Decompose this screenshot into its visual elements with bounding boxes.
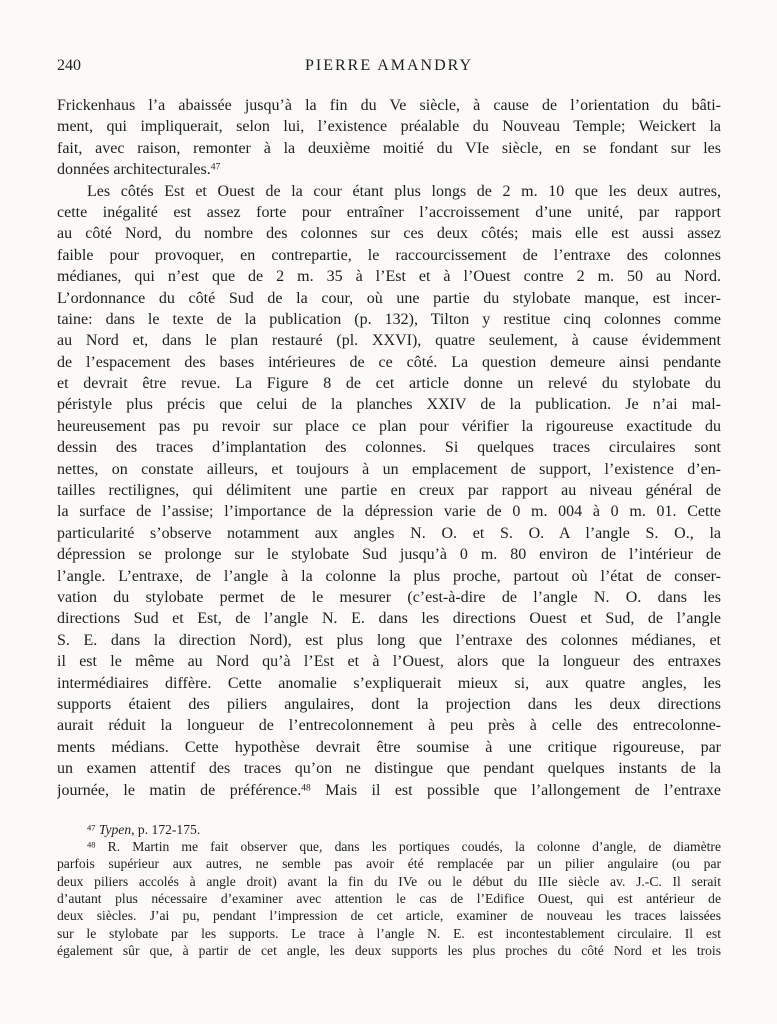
footnote-ref-47: 47	[211, 163, 221, 173]
text-line: directions Sud et Est, de l’angle N. E. …	[57, 608, 721, 629]
text-line: ments médians. Cette hypothèse devrait ê…	[57, 737, 721, 758]
paragraph-1-lines: Frickenhaus l’a abaissée jusqu’à la fin …	[57, 95, 721, 159]
footnote-line: deux piliers accolés à angle droit) avan…	[57, 873, 721, 890]
footnote-line: parfois supérieur aux autres, ne semble …	[57, 855, 721, 872]
text-line: Frickenhaus l’a abaissée jusqu’à la fin …	[57, 95, 721, 116]
text-line: l’angle. L’entraxe, de l’angle à la colo…	[57, 566, 721, 587]
text-line: données architecturales.47	[57, 159, 721, 180]
footnote-line: également sûr que, à partir de cet angle…	[57, 942, 721, 959]
text-line: particularité s’observe notamment aux an…	[57, 523, 721, 544]
page-number: 240	[57, 57, 81, 74]
footnote-line: deux siècles. J’ai pu, pendant l’impress…	[57, 907, 721, 924]
paragraph-2-last-before: journée, le matin de préférence.	[57, 782, 301, 799]
text-line: vation du stylobate permet de le mesurer…	[57, 587, 721, 608]
text-line: il est le même au Nord qu’à l’Est et à l…	[57, 651, 721, 672]
text-line: tailles rectilignes, qui délimitent une …	[57, 480, 721, 501]
running-head-author: PIERRE AMANDRY	[57, 57, 721, 74]
text-line: faible pour provoquer, en contrepartie, …	[57, 245, 721, 266]
footnote-line: d’autant plus nécessaire d’examiner avec…	[57, 890, 721, 907]
footnote-47-marker: 47	[87, 822, 96, 832]
footnote-48-first-line: 48 R. Martin me fait observer que, dans …	[57, 838, 721, 855]
text-line: de l’espacement des bases intérieures de…	[57, 352, 721, 373]
text-line: ment, qui impliquerait, selon lui, l’exi…	[57, 116, 721, 137]
paragraph-2: Les côtés Est et Ouest de la cour étant …	[57, 181, 721, 801]
footnote-line: sur le stylobate par les supports. Le tr…	[57, 925, 721, 942]
paragraph-2-last-after: Mais il est possible que l’allongement d…	[325, 782, 721, 799]
text-line: dépression se prolonge sur le stylobate …	[57, 544, 721, 565]
text-line: L’ordonnance du côté Sud de la cour, où …	[57, 288, 721, 309]
text-line: aurait réduit la longueur de l’entrecolo…	[57, 715, 721, 736]
text-line: dessin des traces d’implantation des col…	[57, 437, 721, 458]
running-header: 240 PIERRE AMANDRY	[57, 57, 721, 74]
text-line: fait, avec raison, remonter à la deuxièm…	[57, 138, 721, 159]
text-line: au Nord et, dans le plan restauré (pl. X…	[57, 330, 721, 351]
text-line: la surface de l’assise; l’importance de …	[57, 501, 721, 522]
text-line: intermédiaires diffère. Cette anomalie s…	[57, 673, 721, 694]
text-line: médianes, qui n’est que de 2 m. 35 à l’E…	[57, 266, 721, 287]
paragraph-1: Frickenhaus l’a abaissée jusqu’à la fin …	[57, 95, 721, 181]
text-line: taine: dans le texte de la publication (…	[57, 309, 721, 330]
text-line: supports étaient des piliers angulaires,…	[57, 694, 721, 715]
text-line: S. E. dans la direction Nord), est plus …	[57, 630, 721, 651]
footnote-47-title: Typen	[99, 822, 131, 837]
text-line: au côté Nord, du nombre des colonnes sur…	[57, 223, 721, 244]
text-line: un examen attentif des traces qu’on ne d…	[57, 758, 721, 779]
footnotes-block: 47 Typen, p. 172-175. 48 R. Martin me fa…	[57, 821, 721, 959]
text-line: heureusement pas pu revoir sur place ce …	[57, 416, 721, 437]
footnote-48-first-text: R. Martin me fait observer que, dans les…	[108, 839, 721, 854]
text-line: cette inégalité est assez forte pour ent…	[57, 202, 721, 223]
text-line: nettes, on constate ailleurs, et toujour…	[57, 459, 721, 480]
text-line: et devrait être revue. La Figure 8 de ce…	[57, 373, 721, 394]
paragraph-2-lines: cette inégalité est assez forte pour ent…	[57, 202, 721, 780]
footnote-48-marker: 48	[87, 840, 96, 850]
text-line: Les côtés Est et Ouest de la cour étant …	[57, 181, 721, 202]
text-line: péristyle plus précis que celui de la pl…	[57, 394, 721, 415]
footnote-48-lines: parfois supérieur aux autres, ne semble …	[57, 855, 721, 959]
document-page: 240 PIERRE AMANDRY Frickenhaus l’a abais…	[0, 0, 777, 1024]
text-line: journée, le matin de préférence.48 Mais …	[57, 780, 721, 801]
paragraph-1-last-text: données architecturales.	[57, 161, 211, 178]
article-text: Frickenhaus l’a abaissée jusqu’à la fin …	[57, 95, 721, 801]
footnote-ref-48: 48	[301, 783, 311, 793]
footnote-47: 47 Typen, p. 172-175.	[57, 821, 721, 838]
footnote-47-rest: , p. 172-175.	[131, 822, 200, 837]
